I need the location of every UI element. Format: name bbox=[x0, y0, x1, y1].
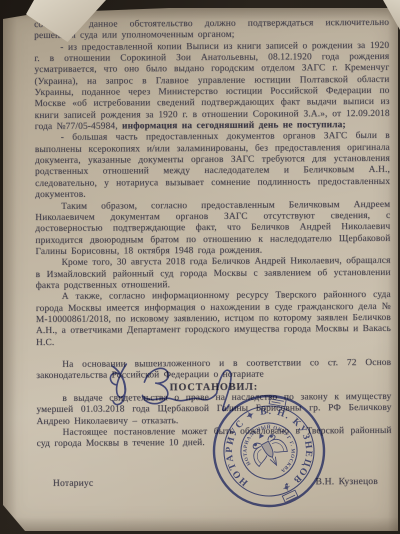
paragraph-izmaylovsky-court: Кроме того, 30 августа 2018 года Беличко… bbox=[36, 256, 391, 292]
paragraph-tverskoy-court-case: А также, согласно информационному ресурс… bbox=[36, 290, 391, 349]
paragraph-court-confirmation: состояли), данное обстоятельство должно … bbox=[34, 18, 389, 43]
paragraph-no-kinship-evidence: Таким образом, согласно предоставленным … bbox=[35, 199, 390, 258]
paragraph-no-information-bold: информация на сегодняшний день не поступ… bbox=[122, 120, 346, 131]
paragraph-birth-record-copy: - из предоставленной копии Выписи из кни… bbox=[34, 41, 390, 134]
paragraph-photocopies-doubt: - большая часть предоставленных документ… bbox=[35, 131, 390, 201]
paper-sheet: состояли), данное обстоятельство должно … bbox=[3, 8, 398, 531]
document-photo: состояли), данное обстоятельство должно … bbox=[0, 0, 400, 534]
paragraph-birth-record-copy-text: - из предоставленной копии Выписи из кни… bbox=[34, 41, 389, 133]
notary-label: Нотариус bbox=[53, 477, 93, 489]
